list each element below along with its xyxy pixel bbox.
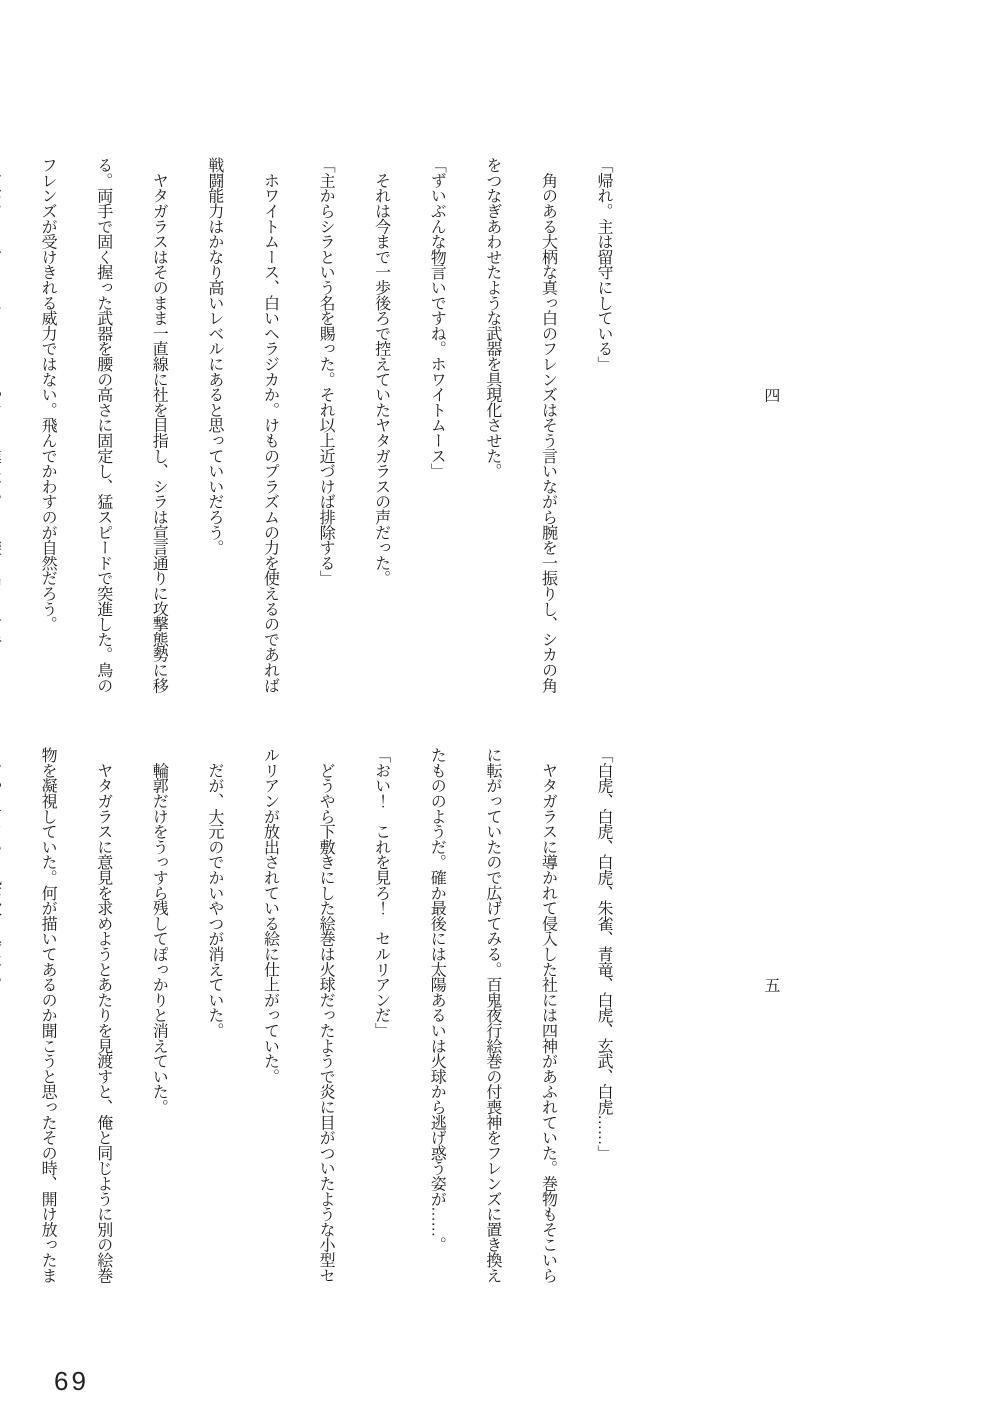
section-four: 四 「帰れ。主は留守にしている」 角のある大柄な真っ白のフレンズはそう言いながら… <box>75 157 909 705</box>
text-line: たもののようだ。確か最後には太陽あるいは火球から逃げ惑う姿が……。 <box>409 747 465 1295</box>
text-line: 物を凝視していた。何が描いてあるのか聞こうと思ったその時、開け放ったま <box>20 747 76 1295</box>
text-line: 「白虎、白虎、白虎、朱雀、青竜、白虎、玄武、白虎……」 <box>575 747 631 1295</box>
novel-page: 四 「帰れ。主は留守にしている」 角のある大柄な真っ白のフレンズはそう言いながら… <box>0 0 1000 1413</box>
text-line: 「おい！ これを見ろ！ セルリアンだ」 <box>353 747 409 1295</box>
text-line: だが、ヤタガラスはそのまままっすぐに進んだ。その突き出した右手にシラ <box>0 157 20 705</box>
text-line: 「帰れ。主は留守にしている」 <box>575 157 631 705</box>
page-number: 69 <box>54 1366 89 1397</box>
text-line: フレンズが受けきれる威力ではない。飛んでかわすのが自然だろう。 <box>20 157 76 705</box>
text-line: ヤタガラスに意見を求めようとあたりを見渡すと、俺と同じように別の絵巻 <box>75 747 131 1295</box>
section-heading: 四 <box>742 157 798 705</box>
text-line: に転がっていたので広げてみる。百鬼夜行絵巻の付喪神をフレンズに置き換え <box>464 747 520 1295</box>
text-line: をつなぎあわせたような武器を具現化させた。 <box>464 157 520 705</box>
text-line: 輪郭だけをうっすら残してぽっかりと消えていた。 <box>131 747 187 1295</box>
text-line: ヤタガラスはそのまま一直線に社を目指し、シラは宣言通りに攻撃態勢に移 <box>131 157 187 705</box>
text-line: る。両手で固く握った武器を腰の高さに固定し、猛スピードで突進した。鳥の <box>75 157 131 705</box>
text-line: どうやら下敷きにした絵巻は火球だったようで炎に目がついたような小型セ <box>297 747 353 1295</box>
section-heading: 五 <box>742 747 798 1295</box>
text-line: 「主からシラという名を賜った。それ以上近づけば排除する」 <box>297 157 353 705</box>
text-line: だが、大元のでかいやつが消えていた。 <box>186 747 242 1295</box>
text-line: それは今まで一歩後ろで控えていたヤタガラスの声だった。 <box>353 157 409 705</box>
text-line: まだった戸口から風が吹き込んだ。 <box>0 747 20 1295</box>
section-five: 五 「白虎、白虎、白虎、朱雀、青竜、白虎、玄武、白虎……」 ヤタガラスに導かれて… <box>75 747 909 1295</box>
text-line: 戦闘能力はかなり高いレベルにあると思っていいだろう。 <box>186 157 242 705</box>
text-line: 角のある大柄な真っ白のフレンズはそう言いながら腕を一振りし、シカの角 <box>520 157 576 705</box>
text-line: 「ずいぶんな物言いですね。ホワイトムース」 <box>409 157 465 705</box>
text-line: ホワイトムース、白いヘラジカか。けものプラズムの力を使えるのであれば <box>242 157 298 705</box>
text-line: ルリアンが放出されている絵に仕上がっていた。 <box>242 747 298 1295</box>
text-line: ヤタガラスに導かれて侵入した社には四神があふれていた。巻物もそこいら <box>520 747 576 1295</box>
